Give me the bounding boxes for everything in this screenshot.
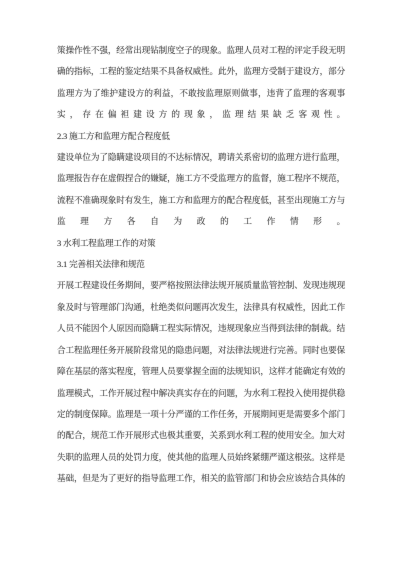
paragraph-continuation: 策操作性不强，经常出现钻制度空子的现象。监理人员对工程的评定手段无明确的指标，工… [57, 40, 345, 126]
section-heading-3-1: 3.1 完善相关法律和规范 [57, 254, 345, 275]
paragraph-countermeasures: 开展工程建设任务期间，要严格按照法律法规开展质量监管控制、发现违规现象及时与管理… [57, 275, 345, 489]
paragraph-cooperation: 建设单位为了隐瞒建设项目的不达标情况，聘请关系密切的监理方进行监理，监理报告存在… [57, 147, 345, 233]
document-page: 策操作性不强，经常出现钻制度空子的现象。监理人员对工程的评定手段无明确的指标，工… [0, 0, 400, 566]
section-heading-3: 3 水利工程监理工作的对策 [57, 233, 345, 254]
section-heading-2-3: 2.3 施工方和监理方配合程度低 [57, 126, 345, 147]
